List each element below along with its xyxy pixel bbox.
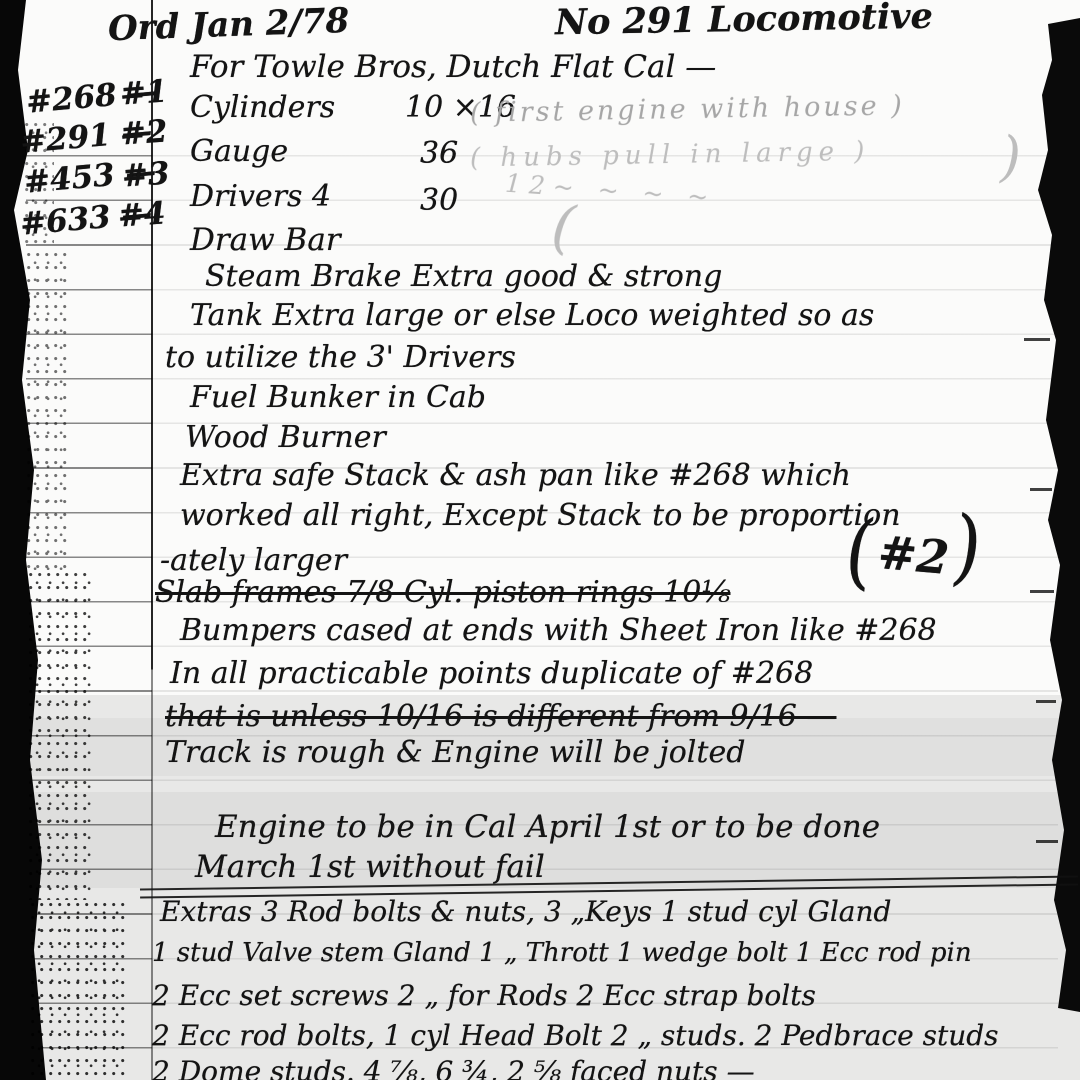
margin-ref-tag: #2 [119, 116, 169, 150]
scan-edge-tick [1024, 338, 1050, 341]
line-gauge-value: 36 [420, 139, 458, 169]
line-struck-unless: that is unless 10/16 is different from 9… [165, 702, 836, 732]
circle-paren-open: ( [843, 510, 876, 593]
circle-paren-close: ) [950, 505, 983, 588]
pencil-paren-close: ) [1000, 130, 1021, 184]
line-duplicate: In all practicable points duplicate of #… [170, 659, 813, 689]
line-stack-1: Extra safe Stack & ash pan like #268 whi… [180, 461, 851, 491]
note-pencil-2: ( hubs pull in large ) [470, 139, 871, 172]
line-extras-4: 2 Ecc rod bolts, 1 cyl Head Bolt 2 „ stu… [152, 1022, 999, 1050]
line-steam-brake: Steam Brake Extra good & strong [205, 262, 722, 292]
line-cylinders-label: Cylinders [190, 93, 335, 123]
line-wood-burner: Wood Burner [185, 423, 386, 453]
line-customer: For Towle Bros, Dutch Flat Cal — [190, 52, 716, 83]
scan-speckles [26, 250, 72, 570]
line-stack-3: -ately larger [160, 546, 347, 576]
line-extras-5: 2 Dome studs. 4 ⅞, 6 ¾, 2 ⅝ faced nuts — [152, 1058, 755, 1080]
line-schedule-1: Engine to be in Cal April 1st or to be d… [215, 812, 880, 843]
line-extras-3: 2 Ecc set screws 2 „ for Rods 2 Ecc stra… [152, 982, 816, 1010]
scan-speckles [28, 570, 92, 900]
scanned-ledger-page: Ord Jan 2/78 No 291 Locomotive #268 — #1… [0, 0, 1080, 1080]
order-date: Ord Jan 2/78 [107, 4, 349, 46]
scan-edge-tick [1036, 840, 1058, 843]
line-track: Track is rough & Engine will be jolted [165, 738, 745, 768]
scan-speckles [30, 900, 126, 1080]
line-draw-bar: Draw Bar [190, 225, 341, 256]
scan-edge-tick [1036, 700, 1056, 703]
circled-note: ( #2 ) [843, 508, 983, 589]
circled-ref-number: #2 [872, 529, 954, 582]
line-stack-2: worked all right, Except Stack to be pro… [180, 501, 901, 531]
line-tank-2: to utilize the 3' Drivers [165, 343, 516, 373]
margin-ref-tag: #3 [121, 158, 171, 192]
line-struck-frames: Slab frames 7/8 Cyl. piston rings 10⅛ [155, 578, 730, 608]
note-cylinders-pencil: ( first engine with house ) [470, 92, 905, 127]
line-fuel-bunker: Fuel Bunker in Cab [190, 383, 486, 413]
line-gauge-label: Gauge [190, 137, 288, 167]
line-drivers-label: Drivers 4 [190, 182, 331, 212]
line-extras-2: 1 stud Valve stem Gland 1 „ Thrott 1 wed… [152, 940, 972, 966]
line-extras-1: Extras 3 Rod bolts & nuts, 3 „Keys 1 stu… [160, 898, 891, 926]
line-tank-1: Tank Extra large or else Loco weighted s… [190, 301, 874, 331]
margin-ref-tag: #4 [117, 198, 167, 232]
scan-edge-tick [1030, 590, 1054, 593]
margin-ref-tag: #1 [119, 76, 169, 110]
line-schedule-2: March 1st without fail [195, 852, 545, 883]
line-drivers-value: 30 [420, 186, 458, 216]
page-title: No 291 Locomotive [555, 0, 933, 40]
scan-edge-tick [1030, 488, 1052, 491]
line-bumpers: Bumpers cased at ends with Sheet Iron li… [180, 616, 937, 646]
